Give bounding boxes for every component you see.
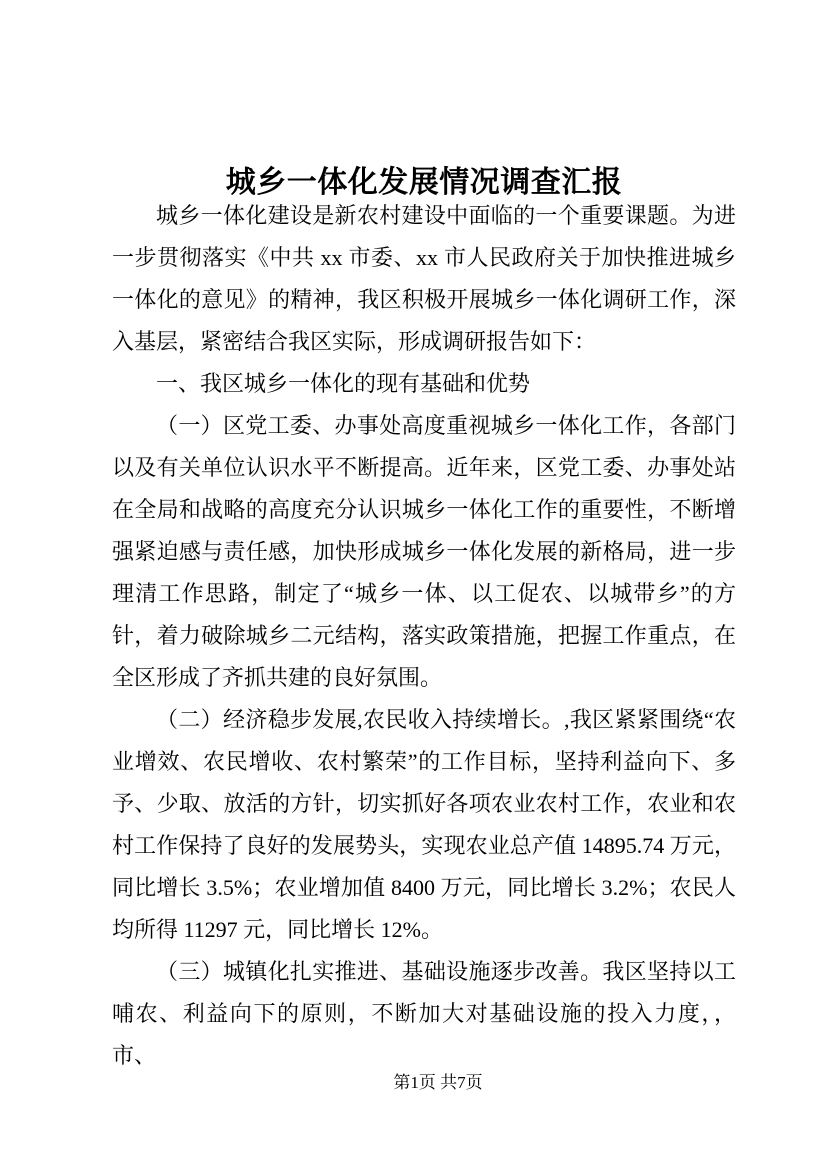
intro-paragraph: 城乡一体化建设是新农村建设中面临的一个重要课题。为进一步贯彻落实《中共 xx 市… [112,195,736,363]
section-1-heading: 一、我区城乡一体化的现有基础和优势 [112,363,736,405]
paragraph-1-2: （二）经济稳步发展,农民收入持续增长。,我区紧紧围绕“农业增效、农民增收、农村繁… [112,699,736,951]
document-body: 城乡一体化建设是新农村建设中面临的一个重要课题。为进一步贯彻落实《中共 xx 市… [112,195,736,1077]
page-number-footer: 第1页 共7页 [126,1071,750,1095]
paragraph-1-1: （一）区党工委、办事处高度重视城乡一体化工作，各部门以及有关单位认识水平不断提高… [112,405,736,699]
document-page: 城乡一体化发展情况调查汇报 城乡一体化建设是新农村建设中面临的一个重要课题。为进… [0,0,827,1170]
paragraph-1-3: （三）城镇化扎实推进、基础设施逐步改善。我区坚持以工哺农、利益向下的原则，不断加… [112,951,736,1077]
